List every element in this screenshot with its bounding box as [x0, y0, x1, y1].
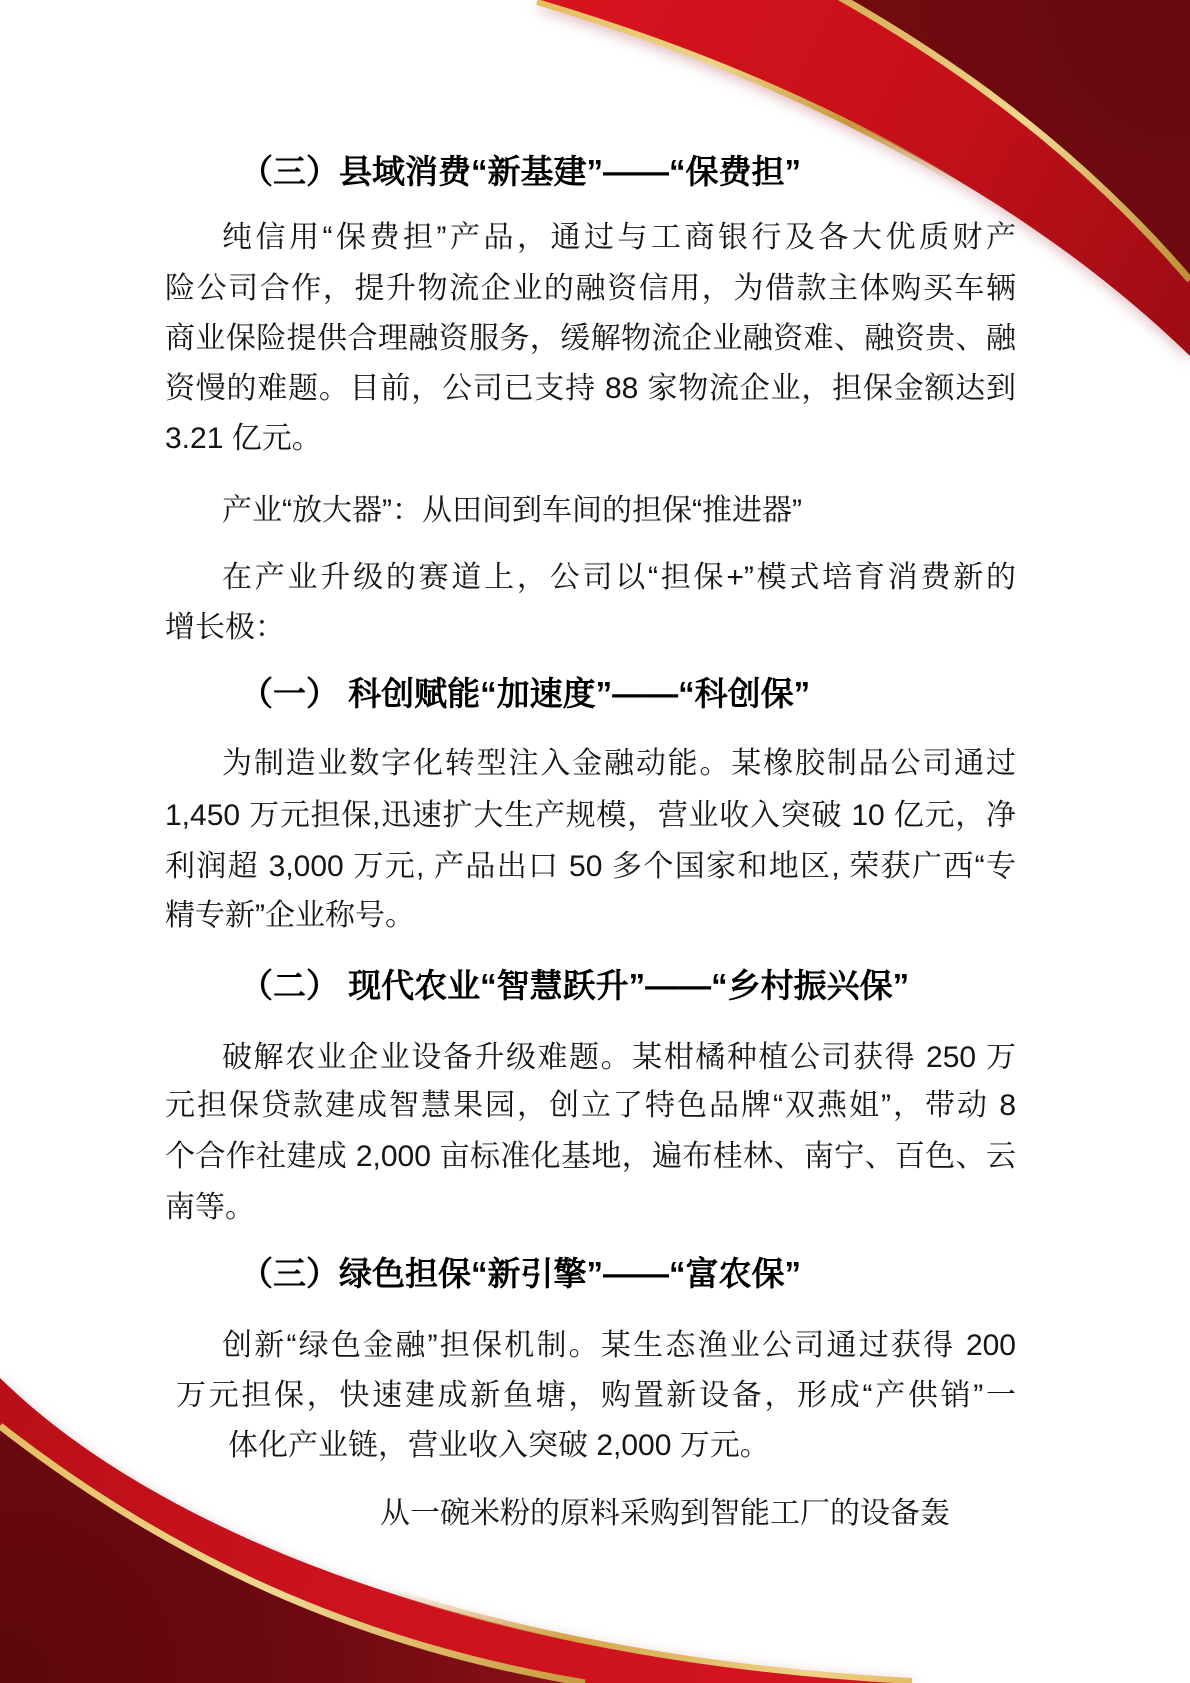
text-line: 增长极：: [165, 608, 1016, 648]
text-line: 体化产业链，营业收入突破 2,000 万元。: [228, 1426, 1016, 1466]
text-line: 商业保险提供合理融资服务，缓解物流企业融资难、融资贵、融: [165, 319, 1016, 359]
document-page: （三）县域消费“新基建”——“保费担”纯信用“保费担”产品，通过与工商银行及各大…: [0, 0, 1190, 1683]
section-heading: （三）绿色担保“新引擎”——“富农保”: [240, 1254, 1016, 1294]
text-line: 产业“放大器”：从田间到车间的担保“推进器”: [222, 491, 1016, 531]
text-line: 精专新”企业称号。: [165, 896, 1016, 936]
text-line: 资慢的难题。目前，公司已支持 88 家物流企业，担保金额达到: [165, 369, 1016, 409]
section-heading: （二） 现代农业“智慧跃升”——“乡村振兴保”: [240, 966, 1016, 1006]
text-line: 纯信用“保费担”产品，通过与工商银行及各大优质财产: [222, 218, 1016, 258]
section-heading: （一） 科创赋能“加速度”——“科创保”: [240, 674, 1016, 714]
text-line: 3.21 亿元。: [165, 419, 1016, 459]
document-text: （三）县域消费“新基建”——“保费担”纯信用“保费担”产品，通过与工商银行及各大…: [0, 0, 1190, 1683]
text-line: 险公司合作，提升物流企业的融资信用，为借款主体购买车辆: [165, 269, 1016, 309]
text-line: 在产业升级的赛道上，公司以“担保+”模式培育消费新的: [222, 558, 1016, 598]
text-line: 破解农业企业设备升级难题。某柑橘种植公司获得 250 万: [222, 1038, 1016, 1078]
text-line: 个合作社建成 2,000 亩标准化基地，遍布桂林、南宁、百色、云: [165, 1137, 1016, 1177]
text-line: 万元担保，快速建成新鱼塘，购置新设备，形成“产供销”一: [176, 1376, 1016, 1416]
text-line: 为制造业数字化转型注入金融动能。某橡胶制品公司通过: [222, 744, 1016, 784]
text-line: 从一碗米粉的原料采购到智能工厂的设备轰: [380, 1494, 1016, 1534]
section-heading: （三）县域消费“新基建”——“保费担”: [240, 152, 1016, 192]
text-line: 创新“绿色金融”担保机制。某生态渔业公司通过获得 200: [222, 1326, 1016, 1366]
text-line: 1,450 万元担保,迅速扩大生产规模，营业收入突破 10 亿元，净: [165, 796, 1016, 836]
text-line: 南等。: [165, 1188, 1016, 1228]
text-line: 元担保贷款建成智慧果园，创立了特色品牌“双燕姐”，带动 8: [165, 1086, 1016, 1126]
text-line: 利润超 3,000 万元, 产品出口 50 多个国家和地区, 荣获广西“专: [165, 847, 1016, 887]
